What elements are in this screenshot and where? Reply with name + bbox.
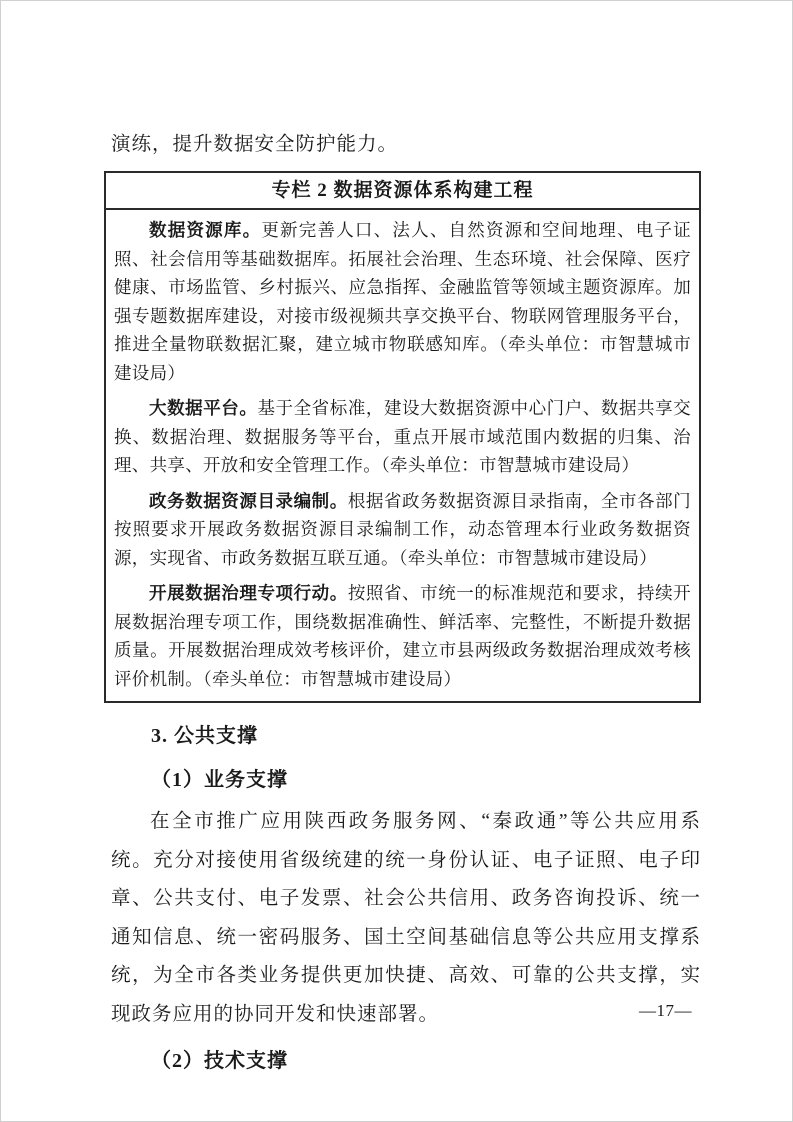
box-paragraph-lead: 政务数据资源目录编制。 [149, 491, 348, 511]
box-paragraph-lead: 数据资源库。 [149, 220, 261, 240]
box-body: 数据资源库。更新完善人口、法人、自然资源和空间地理、电子证照、社会信用等基础数据… [106, 210, 699, 701]
column-box-2: 专栏 2 数据资源体系构建工程 数据资源库。更新完善人口、法人、自然资源和空间地… [104, 171, 701, 703]
body-paragraph-business-support: 在全市推广应用陕西政务服务网、“秦政通”等公共应用系统。充分对接使用省级统建的统… [111, 803, 701, 1034]
paragraph-continuation: 演练，提升数据安全防护能力。 [111, 129, 701, 161]
subsection-heading-business-support: （1）业务支撑 [111, 763, 701, 797]
box-paragraph: 大数据平台。基于全省标准，建设大数据资源中心门户、数据共享交换、数据治理、数据服… [114, 394, 691, 480]
box-paragraph: 数据资源库。更新完善人口、法人、自然资源和空间地理、电子证照、社会信用等基础数据… [114, 216, 691, 387]
document-page: 演练，提升数据安全防护能力。 专栏 2 数据资源体系构建工程 数据资源库。更新完… [0, 0, 793, 1122]
box-paragraph: 政务数据资源目录编制。根据省政务数据资源目录指南，全市各部门按照要求开展政务数据… [114, 487, 691, 573]
box-paragraph: 开展数据治理专项行动。按照省、市统一的标准规范和要求，持续开展数据治理专项工作，… [114, 579, 691, 693]
box-paragraph-text: 更新完善人口、法人、自然资源和空间地理、电子证照、社会信用等基础数据库。拓展社会… [114, 220, 691, 383]
subsection-heading-technical-support: （2）技术支撑 [111, 1044, 701, 1078]
box-paragraph-lead: 大数据平台。 [149, 398, 257, 418]
box-paragraph-lead: 开展数据治理专项行动。 [149, 583, 348, 603]
section-heading-public-support: 3. 公共支撑 [111, 719, 701, 753]
page-number: —17— [639, 1001, 692, 1021]
box-title: 专栏 2 数据资源体系构建工程 [106, 173, 699, 210]
page-content: 演练，提升数据安全防护能力。 专栏 2 数据资源体系构建工程 数据资源库。更新完… [111, 129, 701, 1078]
